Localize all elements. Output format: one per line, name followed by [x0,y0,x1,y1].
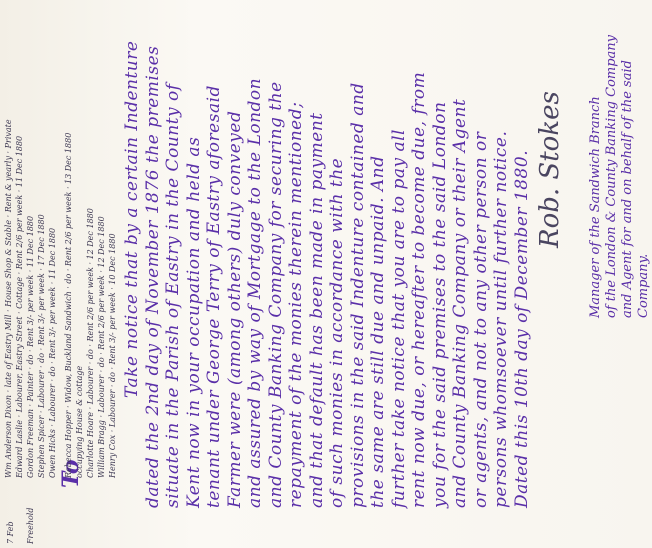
schedule-row: Wm Anderson Dixon · late of Eastry Mill … [4,119,13,478]
body-line: of such monies in accordance with the [327,158,347,508]
closing-line: and Agent for and on behalf of the said [620,60,635,318]
closing-line: Company. [636,254,651,318]
schedule-row: Edward Laslie · Labourer, Eastry Street … [15,136,24,478]
body-line: and assured by way of Mortgage to the Lo… [245,78,265,508]
schedule-row: William Bragg · Labourer · do · Rent 2/6… [97,216,106,478]
schedule-row: Rebecca Hopper · Widow, Buckland Sandwic… [64,133,73,478]
body-line: situate in the Parish of Eastry in the C… [163,83,183,508]
body-line: Dated this 10th day of December 1880. [512,150,532,508]
body-line: and County Banking Company for securing … [266,81,286,508]
schedule-row: Gordon Freeman · Painter · do · Rent 3/-… [26,216,35,478]
header-date: 7 Feb [6,521,15,544]
body-line: Farmer were (among others) duly conveyed [225,111,245,508]
scanned-document: 7 Feb Freehold Wm Anderson Dixon · late … [0,0,652,548]
body-line: or agents, and not to any other person o… [471,132,491,508]
closing-line: Manager of the Sandwich Branch [588,96,603,318]
body-line: further take notice that you are to pay … [389,129,409,508]
body-line: persons whomsoever until further notice. [491,131,511,508]
schedule-row: Charlotte Hoare · Labourer · do · Rent 2… [86,208,95,478]
signature: Rob. Stokes [535,91,565,248]
body-line: Kent now in your occupation and held as [184,137,204,508]
schedule-row: Henry Cox · Labourer · do · Rent 3/- per… [108,233,117,478]
body-line: provisions in the said Indenture contain… [348,82,368,508]
body-line: rent now due, or hereafter to become due… [409,72,429,508]
body-line: dated the 2nd day of November 1876 the p… [143,46,163,508]
rotated-notice: 7 Feb Freehold Wm Anderson Dixon · late … [0,0,652,548]
schedule-row: occupying House & cottage [75,366,84,478]
schedule-row: Stephen Spicer · Labourer · do · Rent 3/… [37,214,46,478]
header-tenure: Freehold [26,508,35,545]
body-line: you for the said premises to the said Lo… [430,102,450,508]
body-line: the same are still due and unpaid. And [368,155,388,508]
body-line: and that default has been made in paymen… [307,112,327,508]
body-line: and County Banking Company or their Agen… [450,99,470,508]
body-line: tenant under George Terry of Eastry afor… [204,85,224,508]
body-line: Take notice that by a certain Indenture [122,41,142,398]
schedule-row: Owen Hicks · Labourer · do · Rent 3/- pe… [48,228,57,478]
body-line: repayment of the monies therein mentione… [286,102,306,508]
closing-line: of the London & County Banking Company [604,35,619,318]
